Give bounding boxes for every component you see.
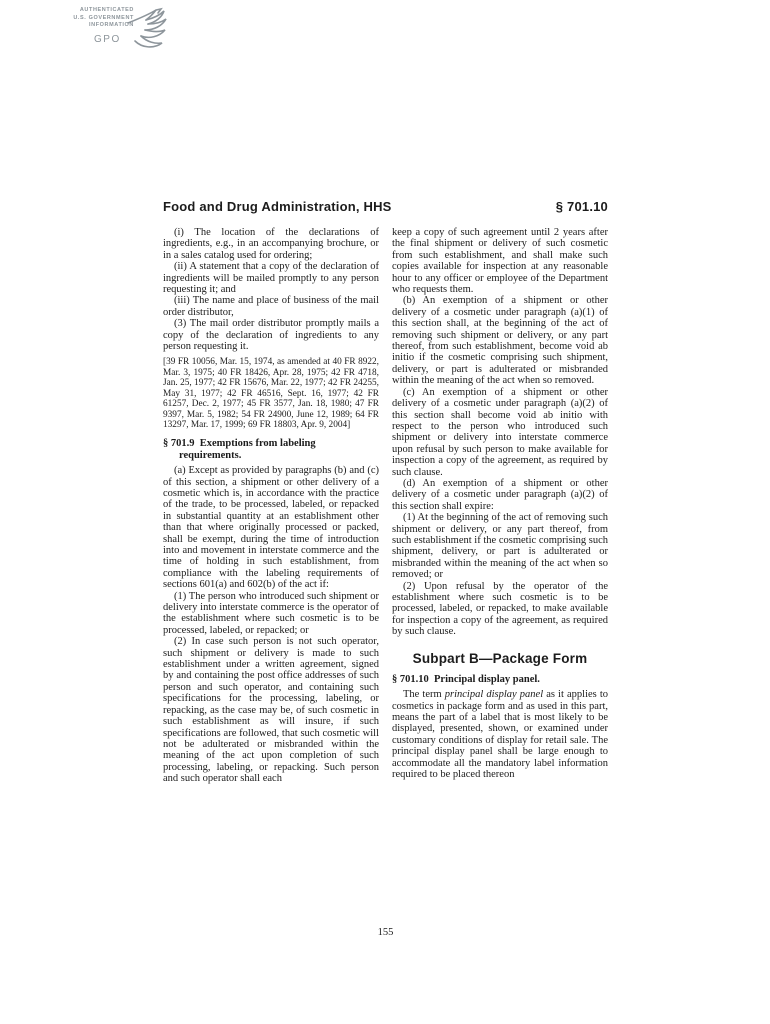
text-segment: as it applies to cosmetics in package fo… <box>392 689 608 780</box>
section-heading: § 701.10 Principal display panel. <box>392 674 608 686</box>
text-segment: The term <box>403 689 445 700</box>
paragraph: keep a copy of such agreement until 2 ye… <box>392 227 608 295</box>
paragraph: (1) The person who introduced such shipm… <box>163 591 379 637</box>
paragraph: (2) Upon refusal by the operator of the … <box>392 581 608 638</box>
right-column: keep a copy of such agreement until 2 ye… <box>392 227 608 785</box>
section-heading: § 701.9 Exemptions from labeling require… <box>163 438 379 461</box>
running-head-title: Food and Drug Administration, HHS <box>163 199 392 214</box>
paragraph: (iii) The name and place of business of … <box>163 295 379 318</box>
paragraph: (2) In case such person is not such oper… <box>163 636 379 784</box>
paragraph: (i) The location of the declarations of … <box>163 227 379 261</box>
cfr-page: AUTHENTICATED U.S. GOVERNMENT INFORMATIO… <box>0 0 770 1024</box>
paragraph: (d) An exemption of a shipment or other … <box>392 478 608 512</box>
paragraph: (1) At the beginning of the act of remov… <box>392 512 608 580</box>
two-column-body: (i) The location of the declarations of … <box>163 227 608 785</box>
paragraph: (b) An exemption of a shipment or other … <box>392 295 608 386</box>
defined-term: principal display panel <box>445 689 543 700</box>
paragraph: The term principal display panel as it a… <box>392 689 608 780</box>
paragraph: (a) Except as provided by paragraphs (b)… <box>163 465 379 590</box>
paragraph: (ii) A statement that a copy of the decl… <box>163 261 379 295</box>
running-head: Food and Drug Administration, HHS § 701.… <box>163 199 608 214</box>
running-head-section: § 701.10 <box>556 199 608 214</box>
gpo-wordmark: GPO <box>94 34 121 45</box>
page-number: 155 <box>163 927 608 938</box>
left-column: (i) The location of the declarations of … <box>163 227 379 785</box>
source-citation: [39 FR 10056, Mar. 15, 1974, as amended … <box>163 357 379 431</box>
paragraph: (3) The mail order distributor promptly … <box>163 318 379 352</box>
gpo-authentication-logo: AUTHENTICATED U.S. GOVERNMENT INFORMATIO… <box>52 7 147 30</box>
subpart-heading: Subpart B—Package Form <box>392 651 608 666</box>
gpo-eagle-icon <box>122 7 174 53</box>
paragraph: (c) An exemption of a shipment or other … <box>392 387 608 478</box>
